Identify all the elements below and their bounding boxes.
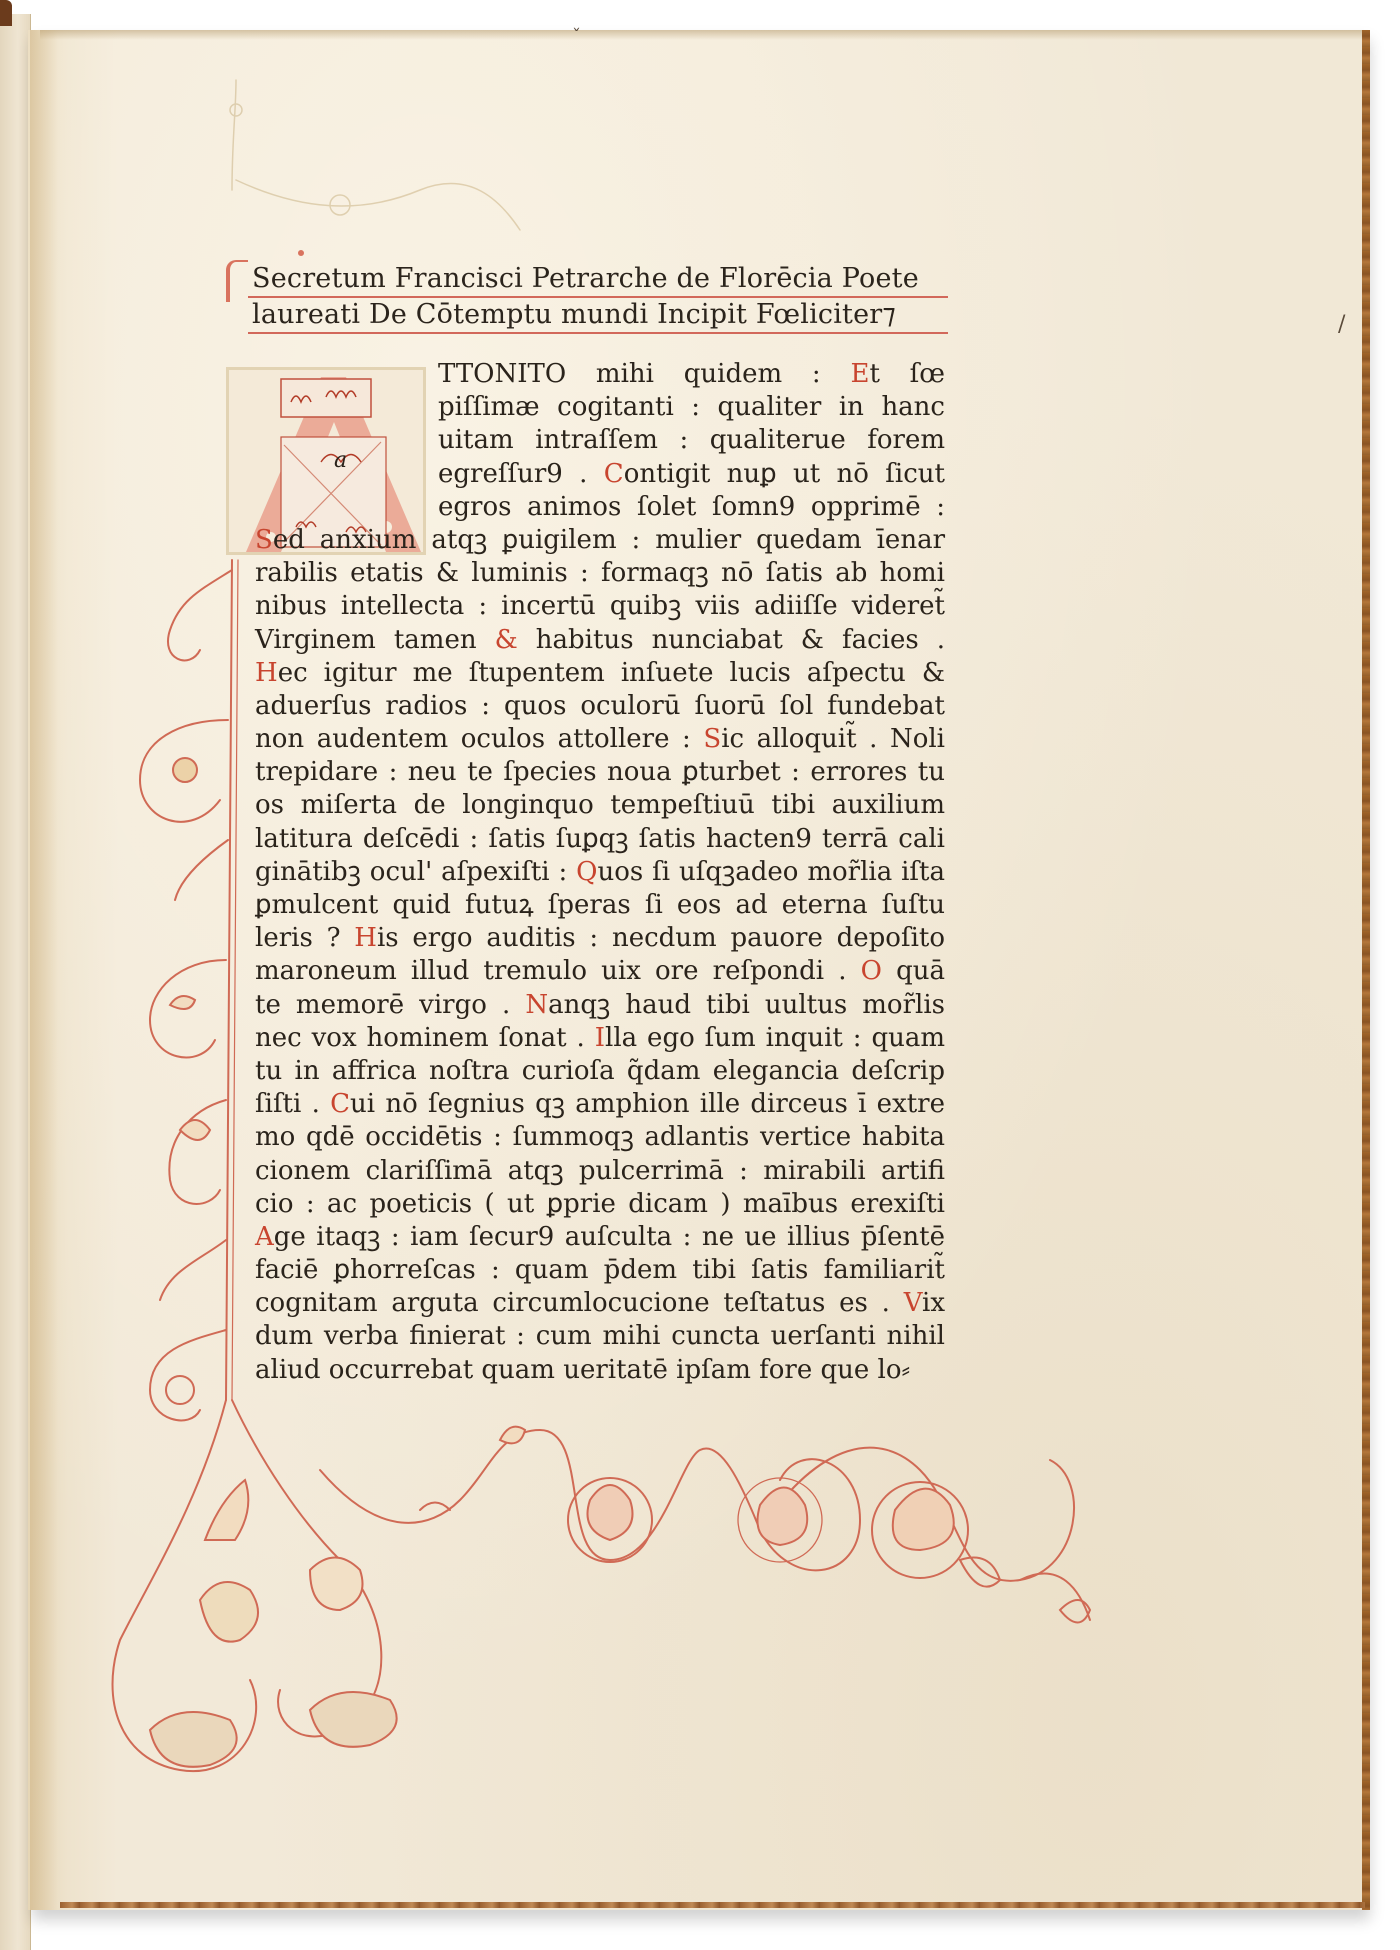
top-nick-mark: ˇ xyxy=(572,26,581,47)
incipit-line-1: Secretum Francisci Petrarche de Florēcia… xyxy=(248,262,948,298)
facing-page-edge xyxy=(0,14,31,1950)
text-line: aliud occurrebat quam ueritatē ipſam for… xyxy=(255,1354,945,1387)
text-line: aduerſus radios : quos oculorū ſuorū ſol… xyxy=(255,690,945,723)
text-line: cognitam arguta circumlocucione teſtatus… xyxy=(255,1287,945,1320)
text-line: trepidare : neu te ſpecies noua ꝑturbet … xyxy=(255,756,945,789)
text-line: Sed anxium atqꝫ ꝑuigilem : mulier quedam… xyxy=(255,524,945,557)
text-line: rabilis etatis & luminis : formaqꝫ nō ſa… xyxy=(255,557,945,590)
text-line: egreſſur9 . Contigit nuꝑ ut nō ſicut xyxy=(255,458,945,491)
text-line: ꝑmulcent quid futuꝝ ſperas ſi eos ad ete… xyxy=(255,889,945,922)
binding-tab xyxy=(0,0,12,26)
margin-slash-mark: / xyxy=(1338,312,1345,337)
text-line: ginātibꝫ ocul' aſpexiſti : Quos ſi uſqꝫa… xyxy=(255,856,945,889)
text-line: piſſimæ cogitanti : qualiter in hanc xyxy=(255,391,945,424)
text-line: maroneum illud tremulo uix ore reſpondi … xyxy=(255,955,945,988)
text-line: faciē ꝑhorreſcas : quam p̄dem tibi ſatis… xyxy=(255,1254,945,1287)
text-line: cionem clariſſimā atqꝫ pulcerrimā : mira… xyxy=(255,1155,945,1188)
text-line: Hec igitur me ſtupentem inſuete lucis aſ… xyxy=(255,657,945,690)
incipit-line-2: laureati De Cōtemptu mundi Incipit Fœlic… xyxy=(248,298,948,334)
text-line: egros animos ſolet ſomn9 opprimē : xyxy=(255,491,945,524)
text-line: non audentem oculos attollere : Sic allo… xyxy=(255,723,945,756)
text-line: nibus intellecta : incertū quibꝫ viis ad… xyxy=(255,590,945,623)
text-line: ſiſti . Cui nō ſegnius qꝫ amphion ille d… xyxy=(255,1088,945,1121)
text-line: mo qdē occidētis : ſummoqꝫ adlantis vert… xyxy=(255,1121,945,1154)
text-line: tu in affrica noſtra curioſa q̃dam elega… xyxy=(255,1055,945,1088)
text-line: Age itaqꝫ : iam ſecur9 auſculta : ne ue … xyxy=(255,1221,945,1254)
text-line: te memorē virgo . Nanqꝫ haud tibi uultus… xyxy=(255,989,945,1022)
top-edge-shadow xyxy=(40,30,1365,40)
text-line: leris ? His ergo auditis : necdum pauore… xyxy=(255,922,945,955)
text-line: Virginem tamen & habitus nunciabat & fac… xyxy=(255,624,945,657)
text-line: nec vox hominem ſonat . Illa ego ſum inq… xyxy=(255,1022,945,1055)
fore-edge xyxy=(1362,30,1370,1910)
text-line: TTONITO mihi quidem : Et ſœ xyxy=(255,358,945,391)
incipit-heading: Secretum Francisci Petrarche de Florēcia… xyxy=(248,262,948,334)
bottom-edge xyxy=(60,1902,1365,1908)
gutter-shade xyxy=(30,30,58,1910)
body-text: TTONITO mihi quidem : Et ſœ piſſimæ cogi… xyxy=(255,358,945,1387)
text-line: uitam intraſſem : qualiterue forem xyxy=(255,424,945,457)
text-line: cio : ac poeticis ( ut ꝑprie dicam ) maī… xyxy=(255,1188,945,1221)
text-line: dum verba finierat : cum mihi cuncta uer… xyxy=(255,1320,945,1353)
rubric-flourish xyxy=(298,250,304,256)
text-line: os miſerta de longinquo tempeſtiuū tibi … xyxy=(255,789,945,822)
rubric-bracket xyxy=(226,260,248,302)
text-line: latitura deſcēdi : ſatis ſuꝑqꝫ ſatis hac… xyxy=(255,823,945,856)
